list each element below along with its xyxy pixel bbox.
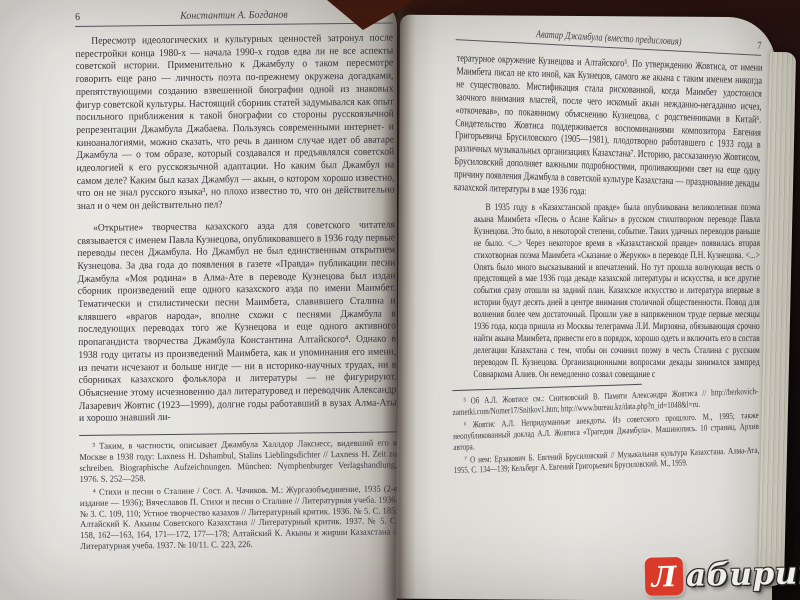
left-page-number: 6 xyxy=(75,12,103,23)
footnote: ⁴ Стихи и песни о Сталине / Сост. А. Чач… xyxy=(80,483,398,552)
footnote: ³ Таким, в частности, описывает Джамбула… xyxy=(79,438,397,485)
left-page: 6 Константин А. Богданов Пересмотр идеол… xyxy=(0,0,397,600)
footnote-separator xyxy=(79,432,397,437)
left-running-head-title: Константин А. Богданов xyxy=(103,9,364,23)
spine-gap xyxy=(327,0,415,30)
left-page-text-block: 6 Константин А. Богданов Пересмотр идеол… xyxy=(75,8,398,554)
book-photo: 6 Константин А. Богданов Пересмотр идеол… xyxy=(0,0,800,600)
right-header-spacer xyxy=(456,36,479,37)
right-running-head-title: Аватар Джамбула (вместо предисловия) xyxy=(479,26,738,50)
paragraph: тературное окружение Кузнецова и Алтайск… xyxy=(454,53,763,205)
labirint-watermark: Л абиринт.ру xyxy=(645,552,800,595)
footnote-separator xyxy=(452,383,642,390)
paragraph: «Открытие» творчества казахского аэда дл… xyxy=(77,219,397,426)
right-page-number: 7 xyxy=(738,40,762,52)
right-body-wrap: тературное окружение Кузнецова и Алтайск… xyxy=(454,53,763,205)
right-page-text-block: Аватар Джамбула (вместо предисловия) 7 т… xyxy=(453,25,762,480)
right-running-header: Аватар Джамбула (вместо предисловия) 7 xyxy=(456,25,762,56)
labirint-watermark-text: абиринт.ру xyxy=(686,553,800,594)
right-footnotes-wrap: ⁵ Об А.Л. Жовтисе см.: Снитковский В. Па… xyxy=(452,379,759,475)
paragraph: Пересмотр идеологических и культурных це… xyxy=(75,32,394,213)
right-page: Аватар Джамбула (вместо предисловия) 7 т… xyxy=(396,15,776,600)
block-quote: В 1935 году в «Казахстанской правде» был… xyxy=(473,202,760,381)
labirint-logo-icon: Л xyxy=(645,557,684,596)
right-quote-wrap: В 1935 году в «Казахстанской правде» был… xyxy=(454,202,760,381)
